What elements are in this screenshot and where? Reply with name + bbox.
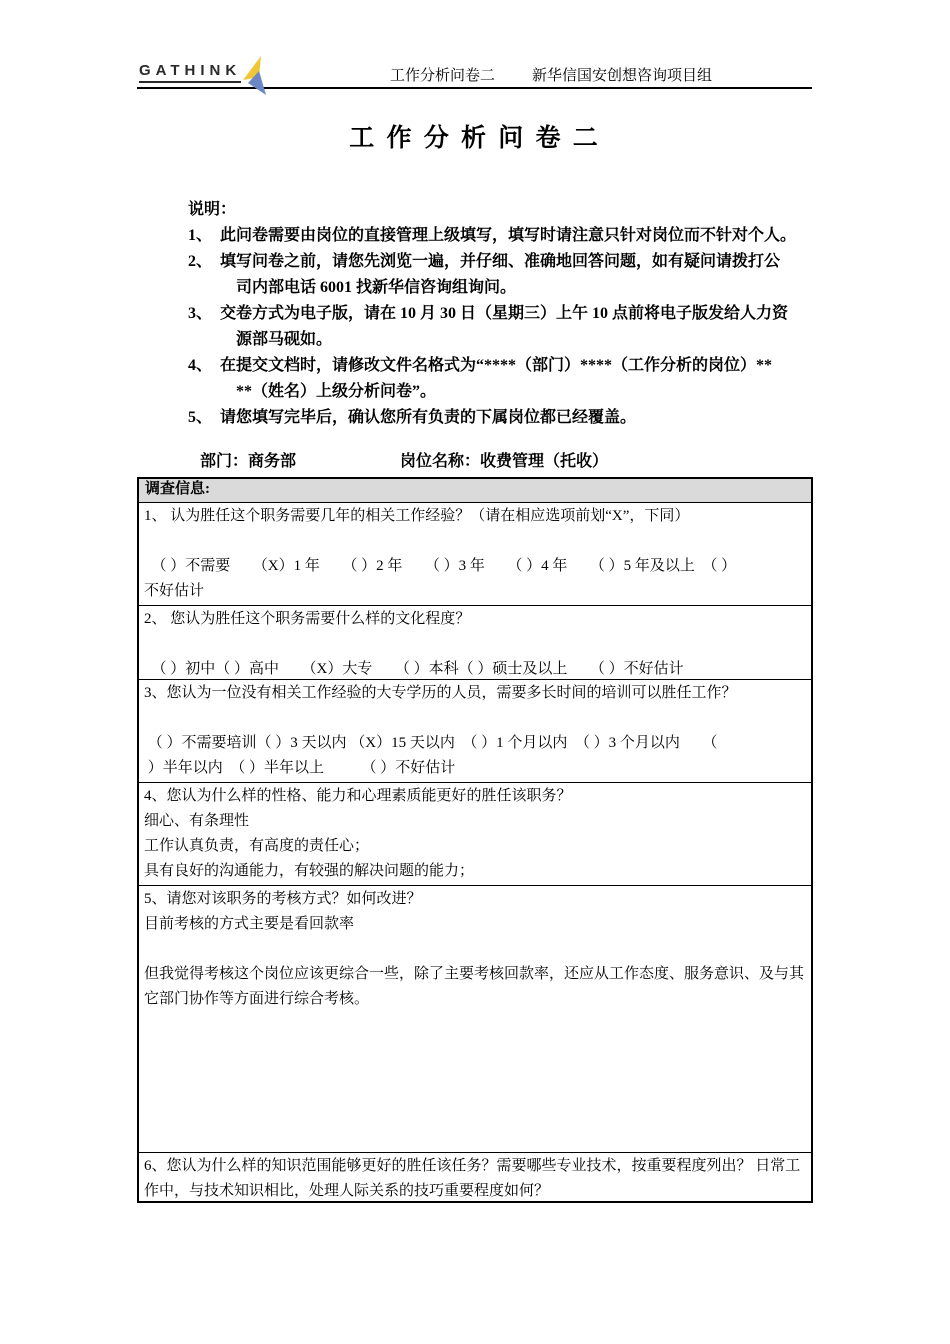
instruction-text: 填写问卷之前，请您先浏览一遍，并仔细、准确地回答问题，如有疑问请拨打公 司内部电…	[220, 249, 820, 301]
department-label: 部门：	[200, 453, 248, 470]
instruction-line: 司内部电话 6001 找新华信咨询组询问。	[220, 275, 820, 301]
position-label: 岗位名称：	[400, 453, 480, 470]
question-line: 2、 您认为胜任这个职务需要什么样的文化程度？	[144, 607, 806, 632]
instruction-item: 3、 交卷方式为电子版，请在 10 月 30 日（星期三）上午 10 点前将电子…	[188, 301, 820, 353]
instructions-label: 说明：	[188, 197, 820, 223]
instruction-line: **（姓名）上级分析问卷”。	[220, 379, 820, 405]
question-line: 1、 认为胜任这个职务需要几年的相关工作经验？（请在相应选项前划“X”，下同）	[144, 504, 806, 529]
instruction-item: 4、 在提交文档时，请修改文件名格式为“****（部门）****（工作分析的岗位…	[188, 353, 820, 405]
instruction-number: 5、	[188, 405, 220, 431]
options-line: 不好估计	[144, 579, 806, 604]
options-line: （ ）不需要 （X）1 年 （ ）2 年 （ ）3 年 （ ）4 年 （ ）5 …	[144, 554, 806, 579]
department-value: 商务部	[248, 453, 296, 470]
page-header: GATHINK 工作分析问卷二 新华信国安创想咨询项目组	[137, 55, 812, 89]
meta-line: 部门：商务部岗位名称：收费管理（托收）	[200, 448, 608, 471]
instruction-text: 在提交文档时，请修改文件名格式为“****（部门）****（工作分析的岗位）**…	[220, 353, 820, 405]
question-line: 6、您认为什么样的知识范围能够更好的胜任该任务？需要哪些专业技术，按重要程度列出…	[144, 1154, 806, 1201]
options-line: （ ）不需要培训（ ）3 天以内 （X）15 天以内 （ ）1 个月以内 （ ）…	[144, 731, 806, 756]
table-row-q5: 5、请您对该职务的考核方式？如何改进？ 目前考核的方式主要是看回款率 但我觉得考…	[139, 885, 811, 1152]
department-field: 部门：商务部	[200, 448, 400, 471]
gathink-logo: GATHINK	[139, 63, 241, 83]
header-team-name: 新华信国安创想咨询项目组	[532, 64, 712, 85]
instruction-text: 此问卷需要由岗位的直接管理上级填写，填写时请注意只针对岗位而不针对个人。	[220, 223, 820, 249]
options-line: ）半年以内 （ ）半年以上 （ ）不好估计	[144, 756, 806, 781]
options-line: （ ）初中（ ）高中 （X）大专 （ ）本科（ ）硕士及以上 （ ）不好估计	[144, 657, 806, 679]
instruction-line: 请您填写完毕后，确认您所有负责的下属岗位都已经覆盖。	[220, 405, 820, 431]
page-title: 工 作 分 析 问 卷 二	[0, 118, 950, 154]
blank-line	[144, 529, 806, 554]
instruction-line: 填写问卷之前，请您先浏览一遍，并仔细、准确地回答问题，如有疑问请拨打公	[220, 249, 820, 275]
instruction-text: 请您填写完毕后，确认您所有负责的下属岗位都已经覆盖。	[220, 405, 820, 431]
instruction-number: 4、	[188, 353, 220, 405]
instruction-number: 3、	[188, 301, 220, 353]
table-row-q6: 6、您认为什么样的知识范围能够更好的胜任该任务？需要哪些专业技术，按重要程度列出…	[139, 1152, 811, 1201]
question-line: 3、您认为一位没有相关工作经验的大专学历的人员，需要多长时间的培训可以胜任工作？	[144, 681, 806, 706]
answer-line: 目前考核的方式主要是看回款率	[144, 912, 806, 937]
table-row-q3: 3、您认为一位没有相关工作经验的大专学历的人员，需要多长时间的培训可以胜任工作？…	[139, 679, 811, 782]
blank-line	[144, 937, 806, 962]
table-row-q1: 1、 认为胜任这个职务需要几年的相关工作经验？（请在相应选项前划“X”，下同） …	[139, 502, 811, 605]
answer-line: 但我觉得考核这个岗位应该更综合一些，除了主要考核回款率，还应从工作态度、服务意识…	[144, 962, 806, 1012]
answer-line: 工作认真负责，有高度的责任心；	[144, 834, 806, 859]
instruction-line: 交卷方式为电子版，请在 10 月 30 日（星期三）上午 10 点前将电子版发给…	[220, 301, 820, 327]
document-page: GATHINK 工作分析问卷二 新华信国安创想咨询项目组 工 作 分 析 问 卷…	[0, 0, 950, 1344]
position-field: 岗位名称：收费管理（托收）	[400, 453, 608, 470]
question-line: 5、请您对该职务的考核方式？如何改进？	[144, 887, 806, 912]
instruction-item: 1、 此问卷需要由岗位的直接管理上级填写，填写时请注意只针对岗位而不针对个人。	[188, 223, 820, 249]
table-row-q2: 2、 您认为胜任这个职务需要什么样的文化程度？ （ ）初中（ ）高中 （X）大专…	[139, 605, 811, 679]
instruction-item: 5、 请您填写完毕后，确认您所有负责的下属岗位都已经覆盖。	[188, 405, 820, 431]
instruction-text: 交卷方式为电子版，请在 10 月 30 日（星期三）上午 10 点前将电子版发给…	[220, 301, 820, 353]
table-header: 调查信息:	[139, 479, 811, 502]
instruction-item: 2、 填写问卷之前，请您先浏览一遍，并仔细、准确地回答问题，如有疑问请拨打公 司…	[188, 249, 820, 301]
instructions-section: 说明： 1、 此问卷需要由岗位的直接管理上级填写，填写时请注意只针对岗位而不针对…	[188, 197, 820, 431]
blank-line	[144, 706, 806, 731]
blank-line	[144, 632, 806, 657]
table-row-q4: 4、您认为什么样的性格、能力和心理素质能更好的胜任该职务？ 细心、有条理性 工作…	[139, 782, 811, 885]
question-line: 4、您认为什么样的性格、能力和心理素质能更好的胜任该职务？	[144, 784, 806, 809]
instruction-line: 此问卷需要由岗位的直接管理上级填写，填写时请注意只针对岗位而不针对个人。	[220, 223, 820, 249]
instruction-line: 源部马砚如。	[220, 327, 820, 353]
position-value: 收费管理（托收）	[480, 453, 608, 470]
header-doc-title: 工作分析问卷二	[390, 64, 495, 85]
gathink-flame-icon	[240, 55, 272, 97]
answer-line: 细心、有条理性	[144, 809, 806, 834]
instruction-number: 2、	[188, 249, 220, 301]
instruction-number: 1、	[188, 223, 220, 249]
survey-table: 调查信息: 1、 认为胜任这个职务需要几年的相关工作经验？（请在相应选项前划“X…	[137, 477, 813, 1203]
answer-line: 具有良好的沟通能力，有较强的解决问题的能力；	[144, 859, 806, 884]
instruction-line: 在提交文档时，请修改文件名格式为“****（部门）****（工作分析的岗位）**	[220, 353, 820, 379]
